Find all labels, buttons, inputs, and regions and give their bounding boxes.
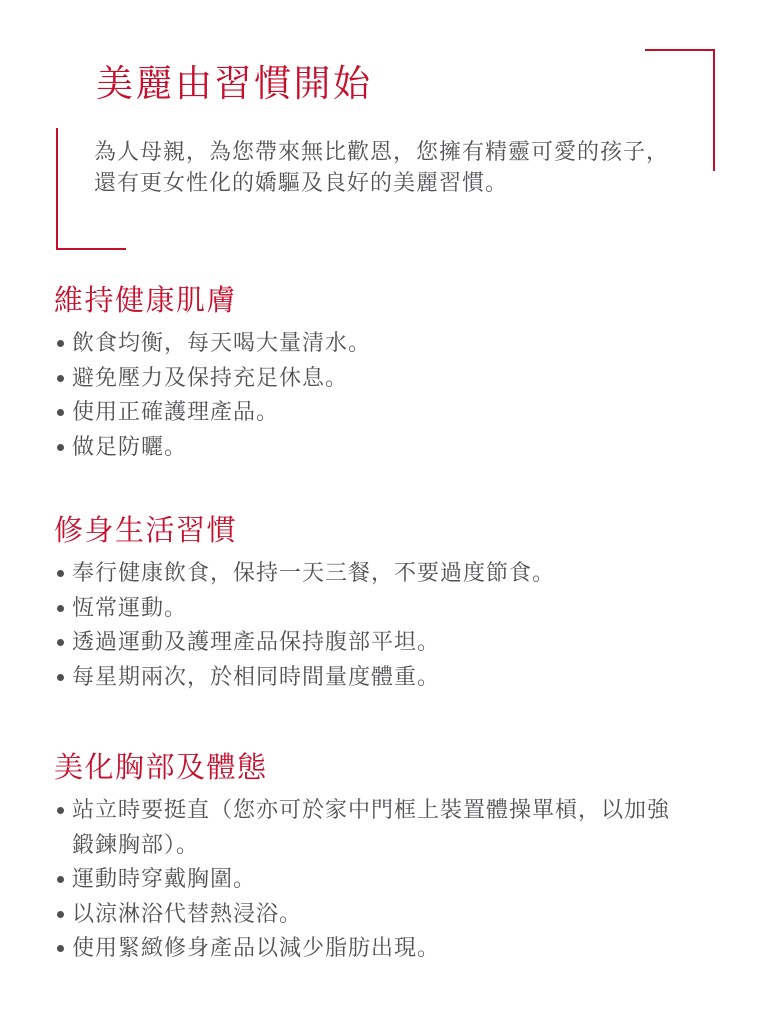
section-healthy-skin: 維持健康肌膚 飲食均衡，每天喝大量清水。 避免壓力及保持充足休息。 使用正確護理… xyxy=(54,284,714,464)
bullet-item: 使用緊緻修身產品以減少脂肪出現。 xyxy=(54,931,686,966)
brochure-page: 美麗由習慣開始 為人母親，為您帶來無比歡恩，您擁有精靈可愛的孩子，還有更女性化的… xyxy=(0,0,768,1024)
section-heading: 修身生活習慣 xyxy=(54,514,714,548)
bullet-item: 透過運動及護理產品保持腹部平坦。 xyxy=(54,625,686,660)
section-body-habits: 修身生活習慣 奉行健康飲食，保持一天三餐，不要過度節食。 恆常運動。 透過運動及… xyxy=(54,514,714,694)
bullet-item: 避免壓力及保持充足休息。 xyxy=(54,361,686,396)
bullet-item: 站立時要挺直（您亦可於家中門框上裝置體操單槓，以加強鍛鍊胸部）。 xyxy=(54,793,686,862)
bullet-item: 奉行健康飲食，保持一天三餐，不要過度節食。 xyxy=(54,556,686,591)
bullet-item: 運動時穿戴胸圍。 xyxy=(54,862,686,897)
bullet-item: 飲食均衡，每天喝大量清水。 xyxy=(54,326,686,361)
intro-paragraph: 為人母親，為您帶來無比歡恩，您擁有精靈可愛的孩子，還有更女性化的嬌驅及良好的美麗… xyxy=(94,136,682,198)
bullet-list: 站立時要挺直（您亦可於家中門框上裝置體操單槓，以加強鍛鍊胸部）。 運動時穿戴胸圍… xyxy=(54,793,686,966)
section-bust-posture: 美化胸部及體態 站立時要挺直（您亦可於家中門框上裝置體操單槓，以加強鍛鍊胸部）。… xyxy=(54,751,714,966)
bullet-list: 飲食均衡，每天喝大量清水。 避免壓力及保持充足休息。 使用正確護理產品。 做足防… xyxy=(54,326,686,464)
section-heading: 維持健康肌膚 xyxy=(54,284,714,318)
section-heading: 美化胸部及體態 xyxy=(54,751,714,785)
bullet-item: 每星期兩次，於相同時間量度體重。 xyxy=(54,660,686,695)
bullet-item: 恆常運動。 xyxy=(54,591,686,626)
bullet-item: 使用正確護理產品。 xyxy=(54,395,686,430)
bullet-item: 以涼淋浴代替熱浸浴。 xyxy=(54,897,686,932)
bullet-list: 奉行健康飲食，保持一天三餐，不要過度節食。 恆常運動。 透過運動及護理產品保持腹… xyxy=(54,556,686,694)
bullet-item: 做足防曬。 xyxy=(54,430,686,465)
page-title: 美麗由習慣開始 xyxy=(96,62,373,106)
